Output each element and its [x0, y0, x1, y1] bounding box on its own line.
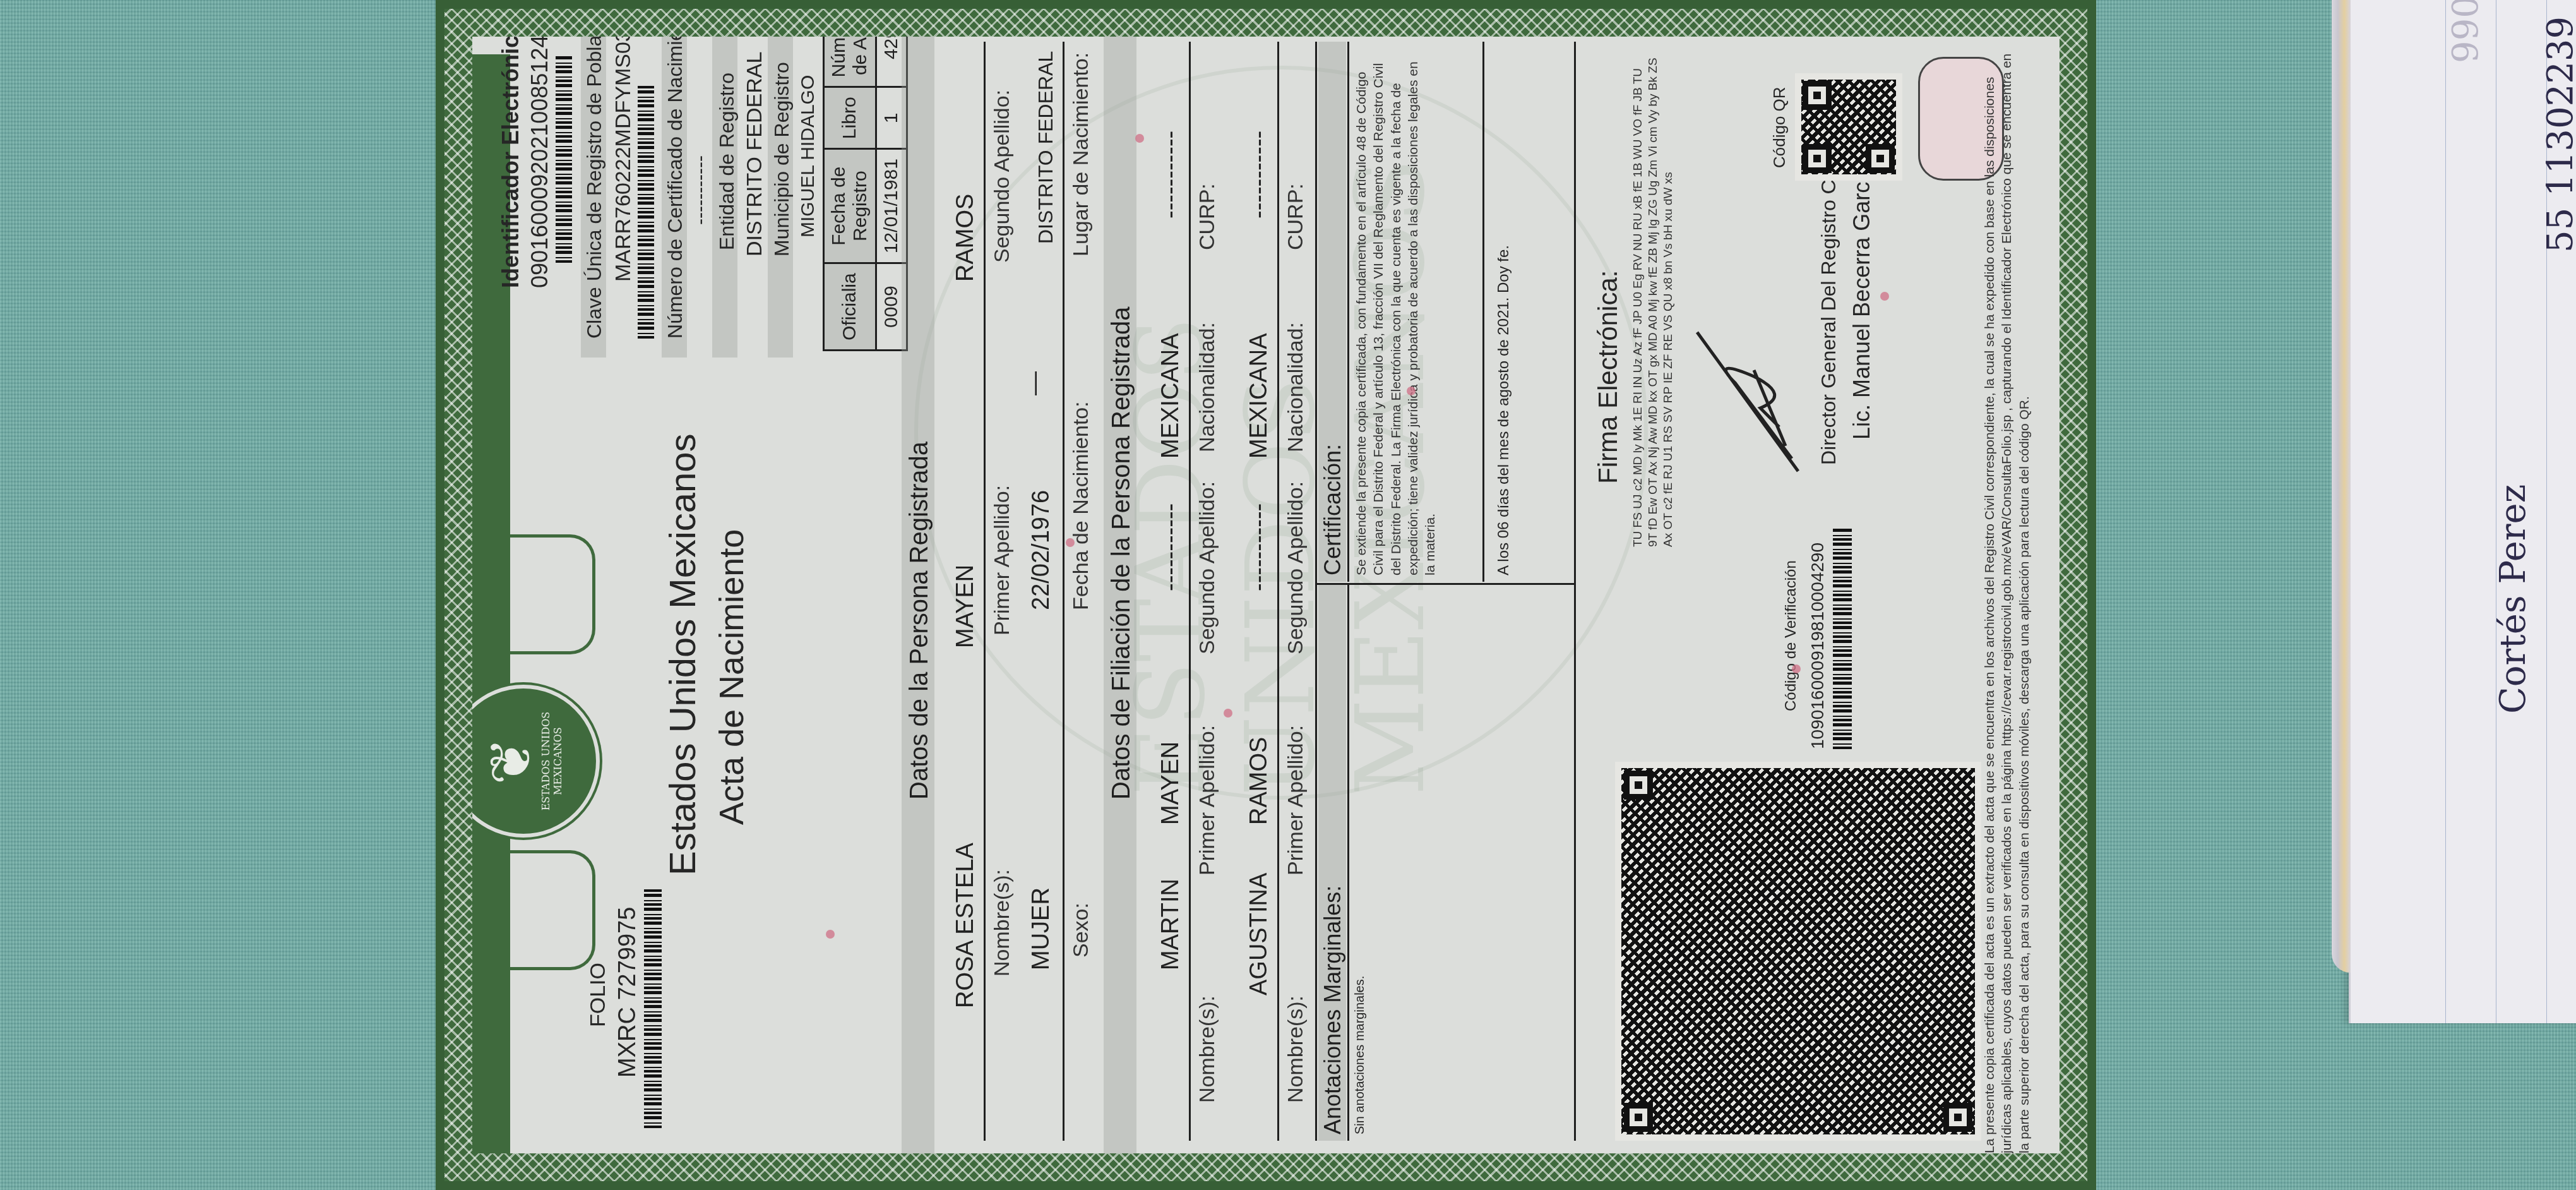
curp-value: MARR760222MDFYMS03: [611, 37, 636, 282]
madre-nacionalidad-label: Nacionalidad:: [1284, 322, 1308, 452]
identificador-label: Identificador Electrónico: [498, 37, 524, 288]
folio-value: MXRC 7279975: [614, 907, 641, 1078]
madre-nacionalidad: MEXICANA: [1246, 334, 1273, 459]
registro-header-oficialia: Oficialia: [824, 263, 876, 351]
handwritten-signature: [1685, 320, 1811, 484]
anotaciones-label: Anotaciones Marginales:: [1320, 886, 1346, 1134]
security-fiber: [1224, 709, 1232, 718]
aztec-glyph-ornament: [472, 534, 595, 654]
curp-label: Clave Única de Registro de Población: [583, 37, 606, 339]
persona-dash: —: [1022, 371, 1049, 395]
entidad-value: DISTRITO FEDERAL: [742, 52, 767, 256]
identificador-value: 09016000920210085124: [527, 37, 553, 288]
firma-cargo: Director General Del Registro Civil: [1817, 156, 1840, 465]
padre-segundo-apellido-label: Segundo Apellido:: [1195, 481, 1220, 654]
persona-nombre-label: Nombre(s):: [990, 869, 1015, 977]
notebook: 55 11302239 Cortés Perez 9905: [2349, 0, 2576, 1023]
madre-segundo-apellido-label: Segundo Apellido:: [1284, 481, 1308, 654]
document-title: Acta de Nacimiento: [712, 529, 751, 825]
divider: [1315, 42, 1317, 1141]
divider: [984, 42, 986, 1141]
padre-curp-label: CURP:: [1195, 183, 1220, 250]
eagle-icon: ❦: [483, 688, 540, 834]
aztec-glyph-ornament: [472, 850, 595, 970]
filiacion-section-title: Datos de Filiación de la Persona Registr…: [1107, 307, 1136, 800]
security-fiber: [1135, 134, 1144, 143]
persona-segundo-apellido: RAMOS: [952, 194, 979, 282]
verificacion-barcode: [1833, 528, 1852, 749]
madre-nombre-label: Nombre(s):: [1284, 995, 1308, 1103]
registro-header-acta: Número de Acta: [824, 37, 876, 87]
divider: [1574, 42, 1576, 1141]
persona-primer-apellido-label: Primer Apellido:: [990, 485, 1015, 635]
divider: [1482, 42, 1484, 582]
persona-section-title: Datos de la Persona Registrada: [905, 442, 934, 800]
municipio-value: MIGUEL HIDALGO: [797, 75, 819, 237]
persona-segundo-apellido-label: Segundo Apellido:: [990, 90, 1015, 263]
madre-primer-apellido-label: Primer Apellido:: [1284, 725, 1308, 875]
certificate-frame: ESTADOS UNIDOS MEXICANOS ❦ ESTADOS UNIDO…: [436, 0, 2096, 1190]
madre-primer-apellido: RAMOS: [1246, 737, 1273, 825]
persona-nombre: ROSA ESTELA: [952, 843, 979, 1008]
persona-sexo: MUJER: [1028, 887, 1055, 970]
security-fiber: [826, 930, 835, 939]
curp-barcode: [638, 86, 654, 339]
persona-lugar-nacimiento-label: Lugar de Nacimiento:: [1069, 52, 1094, 256]
padre-curp: -----------: [1157, 131, 1184, 219]
certificado-label: Número de Certificado de Nacimiento: [664, 37, 687, 339]
handwritten-faint-text: 9905: [2445, 0, 2486, 63]
birth-certificate: ESTADOS UNIDOS MEXICANOS ❦ ESTADOS UNIDO…: [436, 0, 2096, 1190]
folio-barcode: [644, 888, 662, 1128]
security-fiber: [1880, 292, 1889, 301]
entidad-label: Entidad de Registro: [715, 73, 739, 250]
registro-header-libro: Libro: [824, 87, 876, 149]
seal-text: ESTADOS UNIDOS MEXICANOS: [540, 688, 564, 834]
madre-segundo-apellido: -----------: [1246, 503, 1273, 591]
municipio-label: Municipio de Registro: [770, 62, 794, 256]
padre-segundo-apellido: -----------: [1157, 503, 1184, 591]
verificacion-label: Código de Verificación: [1782, 560, 1800, 711]
coat-of-arms-watermark: ESTADOS UNIDOS MEXICANOS: [914, 66, 1648, 800]
identificador-barcode: [556, 54, 572, 263]
certificate-paper: ESTADOS UNIDOS MEXICANOS ❦ ESTADOS UNIDO…: [472, 37, 2060, 1153]
persona-sexo-label: Sexo:: [1069, 903, 1094, 958]
anotaciones-text: Sin anotaciones marginales.: [1353, 976, 1368, 1134]
madre-curp-label: CURP:: [1284, 183, 1308, 250]
firma-hash: TU FS UJ c2 MD ly Mk 1E RI IN Uz Az fF J…: [1631, 54, 1676, 547]
madre-curp: -----------: [1246, 131, 1273, 219]
certificacion-label: Certificación:: [1320, 444, 1346, 575]
persona-lugar-nacimiento: DISTRITO FEDERAL: [1034, 51, 1058, 244]
madre-nombre: AGUSTINA: [1246, 873, 1273, 995]
national-seal-emblem: ❦ ESTADOS UNIDOS MEXICANOS: [472, 685, 600, 838]
handwritten-name: Cortés Perez: [2493, 484, 2534, 714]
registro-table: Oficialia Fecha de Registro Libro Número…: [823, 37, 908, 351]
verificacion-value: 109016000919810004290: [1808, 543, 1828, 749]
padre-nacionalidad: MEXICANA: [1157, 334, 1184, 459]
handwritten-phone-number: 55 11302239: [2540, 16, 2576, 253]
divider: [1063, 42, 1064, 1141]
persona-fecha-nacimiento: 22/02/1976: [1028, 490, 1055, 610]
security-fiber: [1407, 387, 1416, 395]
security-fiber: [1066, 538, 1075, 547]
persona-primer-apellido: MAYEN: [952, 565, 979, 648]
small-qr-code: [1795, 73, 1902, 181]
divider: [1315, 583, 1574, 585]
firma-nombre: Lic. Manuel Becerra García: [1849, 163, 1875, 440]
security-fiber: [1792, 664, 1801, 673]
persona-fecha-nacimiento-label: Fecha de Nacimiento:: [1069, 401, 1094, 610]
divider: [1347, 585, 1349, 1141]
padre-nombre-label: Nombre(s):: [1195, 995, 1220, 1103]
certificacion-fecha: A los 06 días del mes de agosto de 2021.…: [1495, 245, 1513, 575]
padre-primer-apellido: MAYEN: [1157, 742, 1184, 825]
registro-header-fecha: Fecha de Registro: [824, 149, 876, 263]
large-qr-code: [1615, 762, 1981, 1141]
folio-label: FOLIO: [586, 963, 611, 1027]
country-title: Estados Unidos Mexicanos: [662, 433, 704, 875]
certificado-value: -----------: [690, 155, 712, 225]
padre-nombre: MARTIN: [1157, 879, 1184, 970]
notebook-rule: [2445, 0, 2446, 1023]
divider: [1347, 42, 1349, 582]
padre-primer-apellido-label: Primer Apellido:: [1195, 725, 1220, 875]
certificacion-text: Se extiende la presente copia certificad…: [1353, 51, 1439, 575]
divider: [1189, 42, 1191, 1141]
qr-label: Código QR: [1770, 87, 1789, 168]
footer-legal-text: La presente copia certificada del acta e…: [1981, 42, 2033, 1153]
firma-label: Firma Electrónica:: [1593, 270, 1623, 484]
divider: [1277, 42, 1279, 1141]
padre-nacionalidad-label: Nacionalidad:: [1195, 322, 1220, 452]
notebook-page-edges: [2332, 0, 2351, 973]
